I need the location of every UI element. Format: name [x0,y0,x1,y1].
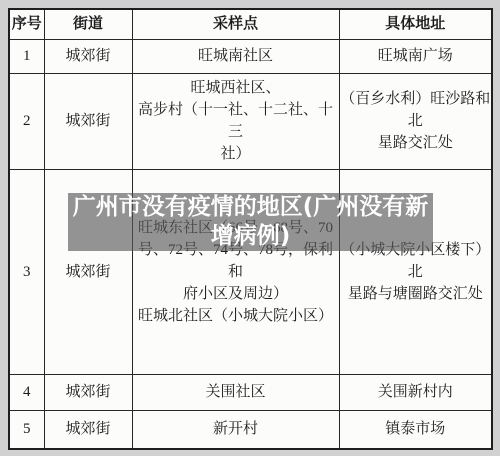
col-header-street: 街道 [44,9,132,39]
article-title-line1: 广州市没有疫情的地区(广州没有新 [68,193,433,222]
cell-row2-street: 城郊街 [44,73,132,169]
article-title-line2: 增病例) [68,222,433,251]
address-line: 旺城南广场 [340,45,492,67]
address-line: 星路交汇处 [340,132,492,154]
col-header-address: 具体地址 [339,9,492,39]
sampling-line: 旺城南社区 [133,45,339,67]
table-row: 4 城郊街 关围社区 关围新村内 [9,374,492,410]
page-background: 序号 街道 采样点 具体地址 1 城郊街 旺城南社区 旺城南广场 2 城郊街 [0,0,500,456]
table-header-row: 序号 街道 采样点 具体地址 [9,9,492,39]
col-header-no: 序号 [9,9,44,39]
cell-row4-no: 4 [9,374,44,410]
sampling-line: 府小区及周边） [133,283,339,305]
cell-row2-sampling: 旺城西社区、 高步村（十一社、十二社、十三 社） [132,73,339,169]
address-line: （百乡水利）旺沙路和北 [340,88,492,132]
cell-row1-no: 1 [9,39,44,73]
address-line: 镇泰市场 [340,418,492,440]
sampling-line: 高步村（十一社、十二社、十三 [133,99,339,143]
sampling-line: 社） [133,143,339,165]
cell-row4-street: 城郊街 [44,374,132,410]
cell-row4-sampling: 关围社区 [132,374,339,410]
cell-row1-street: 城郊街 [44,39,132,73]
cell-row2-no: 2 [9,73,44,169]
article-title-overlay: 广州市没有疫情的地区(广州没有新 增病例) [68,193,433,251]
sampling-line: 旺城北社区（小城大院小区） [133,305,339,327]
cell-row3-no: 3 [9,169,44,374]
cell-row5-no: 5 [9,410,44,449]
cell-row2-address: （百乡水利）旺沙路和北 星路交汇处 [339,73,492,169]
sampling-line: 关围社区 [133,381,339,403]
cell-row5-address: 镇泰市场 [339,410,492,449]
table-row: 2 城郊街 旺城西社区、 高步村（十一社、十二社、十三 社） （百乡水利）旺沙路… [9,73,492,169]
address-line: 星路与塘圈路交汇处 [340,283,492,305]
address-line: 关围新村内 [340,381,492,403]
cell-row1-sampling: 旺城南社区 [132,39,339,73]
cell-row5-street: 城郊街 [44,410,132,449]
table-row: 5 城郊街 新开村 镇泰市场 [9,410,492,449]
cell-row1-address: 旺城南广场 [339,39,492,73]
sampling-line: 新开村 [133,418,339,440]
sampling-line: 旺城西社区、 [133,77,339,99]
col-header-sampling-point: 采样点 [132,9,339,39]
cell-row4-address: 关围新村内 [339,374,492,410]
cell-row5-sampling: 新开村 [132,410,339,449]
table-row: 1 城郊街 旺城南社区 旺城南广场 [9,39,492,73]
